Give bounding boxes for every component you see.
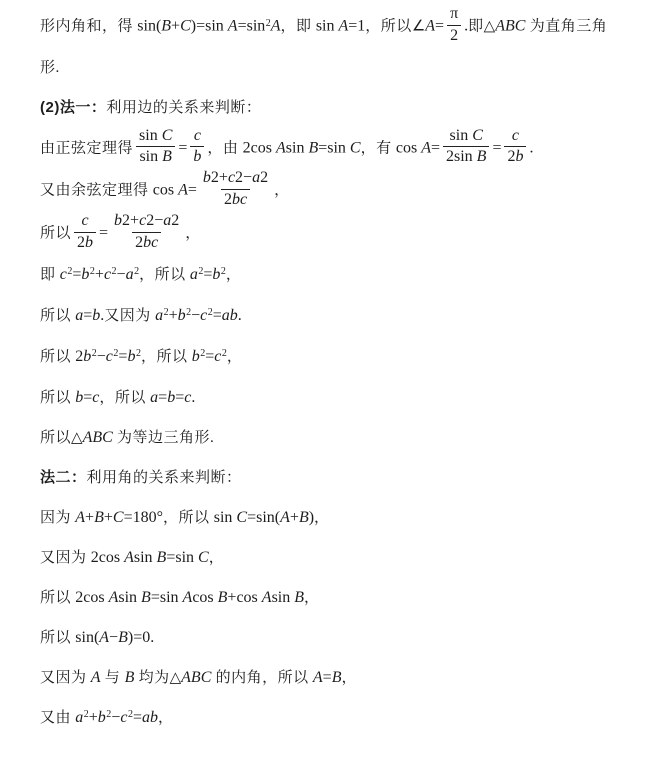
line-sin-a-minus-b: 所以 sin(A−B)=0. <box>40 618 623 658</box>
fraction-numerator: c <box>78 211 91 232</box>
math-roman: =sin <box>238 18 266 35</box>
math-italic: c <box>104 266 111 283</box>
math-roman: − <box>117 266 126 283</box>
math-roman: 2 <box>224 191 232 208</box>
math-roman: =sin <box>318 139 350 156</box>
cjk-text: 形. <box>40 60 60 76</box>
cjk-text: 为直角三角 <box>525 19 607 35</box>
line-sine-rule: 由正弦定理得sin Csin B=cb，由 2cos Asin B=sin C，… <box>40 128 623 171</box>
math-italic: ABC <box>83 429 113 446</box>
math-italic: b <box>515 148 523 165</box>
cjk-text: ， <box>226 267 242 283</box>
math-italic: A <box>338 18 348 35</box>
math-italic: c <box>106 348 113 365</box>
math-italic: a <box>75 709 83 726</box>
math-italic: A <box>228 18 238 35</box>
math-roman: = <box>431 139 440 156</box>
line-equate-fractions: 所以c2b=b2+c2−a22bc， <box>40 213 623 256</box>
math-italic: c <box>200 307 207 324</box>
line-2b2-minus-c2: 所以 2b2−c2=b2，所以 b2=c2， <box>40 337 623 378</box>
math-roman: + <box>95 266 104 283</box>
math-superscript: 2 <box>221 266 226 277</box>
math-roman: = <box>83 389 92 406</box>
cjk-text: ，所以 <box>163 510 214 526</box>
math-italic: b <box>178 307 186 324</box>
math-symbol: △ <box>71 428 83 446</box>
cjk-text: ， <box>304 590 320 606</box>
cjk-text: 所以 <box>40 226 71 242</box>
cjk-text: 形内角和，得 <box>40 19 137 35</box>
math-roman: = <box>99 225 108 242</box>
math-italic: B <box>125 669 135 686</box>
fraction-denominator: 2b <box>74 232 96 254</box>
math-italic: A <box>124 549 134 566</box>
math-roman: . <box>191 389 195 406</box>
math-roman: 2cos <box>243 139 276 156</box>
math-roman: 2 <box>260 169 268 186</box>
math-italic: b <box>98 709 106 726</box>
cjk-text: 均为 <box>134 670 169 686</box>
math-roman: . <box>238 307 242 324</box>
document-page: 形内角和，得 sin(B+C)=sin A=sin2A，即 sin A=1，所以… <box>0 0 647 779</box>
line-c2-equals: 即 c2=b2+c2−a2，所以 a2=b2， <box>40 255 623 296</box>
math-italic: B <box>294 589 304 606</box>
math-roman: = <box>188 182 197 199</box>
line-wrap-xing: 形. <box>40 49 623 88</box>
fraction-denominator: 2 <box>447 25 461 47</box>
math-symbol: △ <box>170 668 182 686</box>
cjk-text: 所以 <box>40 430 71 446</box>
line-again-cosine: 又由 a2+b2−c2=ab， <box>40 698 623 739</box>
math-roman: 2sin <box>446 148 477 165</box>
math-roman: =sin( <box>247 509 280 526</box>
math-italic: A <box>425 18 435 35</box>
math-fraction: b2+c2−a22bc <box>200 168 271 211</box>
cjk-text: 所以 <box>40 308 75 324</box>
math-fraction: c2b <box>504 126 526 169</box>
math-superscript: 2 <box>186 307 191 318</box>
cjk-text: 为等边三角形. <box>113 430 215 446</box>
math-superscript: 2 <box>106 709 111 720</box>
line-b-equals-c: 所以 b=c，所以 a=b=c. <box>40 378 623 418</box>
math-roman: = <box>158 389 167 406</box>
math-italic: C <box>198 549 209 566</box>
math-roman: 2 <box>507 148 515 165</box>
fraction-numerator: π <box>447 4 461 25</box>
math-italic: C <box>472 127 483 144</box>
math-italic: A <box>276 139 286 156</box>
math-fraction: b2+c2−a22bc <box>111 211 182 254</box>
math-roman: sin <box>272 589 295 606</box>
fraction-denominator: 2bc <box>221 189 250 211</box>
math-italic: c <box>214 348 221 365</box>
math-roman: − <box>97 348 106 365</box>
fraction-denominator: 2b <box>504 146 526 168</box>
math-superscript: 2 <box>198 266 203 277</box>
math-italic: c <box>120 709 127 726</box>
math-symbol: △ <box>484 17 496 35</box>
math-roman: + <box>89 709 98 726</box>
math-roman: = <box>435 18 444 35</box>
math-italic: A <box>313 669 323 686</box>
math-italic: ab <box>222 307 238 324</box>
cjk-text: ， <box>341 670 357 686</box>
cjk-text: 利用角的关系来判断： <box>87 470 242 486</box>
math-roman: = <box>492 139 501 156</box>
cjk-text: ，所以 <box>365 19 412 35</box>
fraction-numerator: c <box>509 126 522 147</box>
math-roman: π <box>450 5 458 22</box>
cjk-text: ，所以 <box>139 267 190 283</box>
math-roman: + <box>169 307 178 324</box>
math-roman: sin <box>450 127 473 144</box>
math-roman: sin <box>316 18 339 35</box>
math-fraction: c2b <box>74 211 96 254</box>
math-italic: A <box>99 629 109 646</box>
cjk-text-bold: (2)法一： <box>40 99 106 116</box>
math-fraction: sin C2sin B <box>443 126 489 169</box>
math-roman: 2− <box>235 169 252 186</box>
math-superscript: 2 <box>164 307 169 318</box>
math-fraction: π2 <box>447 4 461 47</box>
line-equilateral-conclusion: 所以△ABC 为等边三角形. <box>40 418 623 458</box>
math-italic: b <box>203 169 211 186</box>
math-italic: b <box>212 266 220 283</box>
math-roman: + <box>171 18 180 35</box>
math-roman: 2cos <box>91 549 124 566</box>
cjk-text: ，所以 <box>141 349 192 365</box>
math-roman: )=sin <box>191 18 228 35</box>
line-angle-sum: 因为 A+B+C=180°，所以 sin C=sin(A+B)， <box>40 498 623 538</box>
fraction-numerator: b2+c2−a2 <box>200 168 271 189</box>
math-roman: − <box>109 629 118 646</box>
math-superscript: 2 <box>208 307 213 318</box>
math-italic: C <box>162 127 173 144</box>
cjk-text: 因为 <box>40 510 75 526</box>
math-roman: = <box>213 307 222 324</box>
math-superscript: 2 <box>90 266 95 277</box>
fraction-denominator: 2sin B <box>443 146 489 168</box>
cjk-text: ， <box>227 349 243 365</box>
cjk-text: 所以 <box>40 630 75 646</box>
math-roman: sin <box>139 127 162 144</box>
math-roman: + <box>104 509 113 526</box>
cjk-text: ， <box>158 710 174 726</box>
math-italic: C <box>350 139 361 156</box>
math-superscript: 2 <box>266 18 271 29</box>
math-superscript: 2 <box>128 709 133 720</box>
math-italic: A <box>75 509 85 526</box>
cjk-text: 与 <box>101 670 125 686</box>
math-superscript: 2 <box>113 348 118 359</box>
math-roman: cos <box>396 139 421 156</box>
cjk-text: 即 <box>468 19 484 35</box>
cjk-text: 利用边的关系来判断： <box>106 100 261 116</box>
math-italic: b <box>81 266 89 283</box>
math-italic: b <box>192 348 200 365</box>
math-roman: cos <box>192 589 217 606</box>
math-roman: = <box>175 389 184 406</box>
math-roman: +cos <box>227 589 261 606</box>
math-italic: bc <box>143 234 158 251</box>
line-interior-angles: 又因为 A 与 B 均为△ABC 的内角，所以 A=B， <box>40 658 623 698</box>
math-italic: bc <box>232 191 247 208</box>
math-roman: sin( <box>137 18 161 35</box>
math-roman: =sin <box>166 549 198 566</box>
fraction-numerator: sin C <box>447 126 486 147</box>
math-roman: =1 <box>348 18 365 35</box>
cjk-text-bold: 法二： <box>40 469 87 486</box>
cjk-text: 即 <box>40 267 60 283</box>
math-italic: A <box>183 589 193 606</box>
math-italic: b <box>127 348 135 365</box>
math-italic: A <box>280 509 290 526</box>
math-italic: B <box>161 18 171 35</box>
math-italic: a <box>155 307 163 324</box>
math-italic: B <box>308 139 318 156</box>
line-cosine-rule: 又由余弦定理得 cos A=b2+c2−a22bc， <box>40 170 623 213</box>
cjk-text: 所以 <box>40 590 75 606</box>
cjk-text: 的内角，所以 <box>211 670 313 686</box>
math-superscript: 2 <box>92 348 97 359</box>
math-italic: A <box>421 139 431 156</box>
line-conclusion-right-triangle: 形内角和，得 sin(B+C)=sin A=sin2A，即 sin A=1，所以… <box>40 6 623 49</box>
math-italic: A <box>91 669 101 686</box>
math-roman: =180° <box>124 509 163 526</box>
math-roman: = <box>83 307 92 324</box>
cjk-text: ， <box>274 183 290 199</box>
math-italic: b <box>114 212 122 229</box>
cjk-text: 又因为 <box>40 670 91 686</box>
math-roman: = <box>323 669 332 686</box>
math-roman: 2cos <box>75 589 108 606</box>
math-superscript: 2 <box>84 709 89 720</box>
math-italic: b <box>193 148 201 165</box>
math-italic: a <box>163 212 171 229</box>
math-italic: b <box>167 389 175 406</box>
math-roman: sin <box>118 589 141 606</box>
math-italic: ab <box>142 709 158 726</box>
math-roman: sin( <box>75 629 99 646</box>
math-italic: b <box>83 348 91 365</box>
math-roman: 2− <box>146 212 163 229</box>
math-italic: B <box>141 589 151 606</box>
cjk-text: 又因为 <box>40 550 91 566</box>
math-roman: = <box>205 348 214 365</box>
math-roman: 2 <box>135 234 143 251</box>
fraction-numerator: b2+c2−a2 <box>111 211 182 232</box>
math-superscript: 2 <box>136 348 141 359</box>
math-roman: 2 <box>450 27 458 44</box>
cjk-text: 又由 <box>40 710 75 726</box>
cjk-text: ， <box>185 226 201 242</box>
math-fraction: cb <box>190 126 204 169</box>
cjk-text: 又由余弦定理得 <box>40 183 153 199</box>
cjk-text: ， <box>314 510 330 526</box>
math-italic: B <box>94 509 104 526</box>
math-italic: a <box>252 169 260 186</box>
math-italic: B <box>299 509 309 526</box>
math-italic: A <box>178 182 188 199</box>
cjk-text: ，由 <box>207 140 242 156</box>
math-italic: c <box>60 266 67 283</box>
line-a-equals-b: 所以 a=b.又因为 a2+b2−c2=ab. <box>40 296 623 337</box>
math-roman: cos <box>153 182 178 199</box>
math-roman: 2+ <box>122 212 139 229</box>
cjk-text: 又因为 <box>104 308 155 324</box>
fraction-denominator: 2bc <box>132 232 161 254</box>
math-superscript: 2 <box>112 266 117 277</box>
math-superscript: 2 <box>134 266 139 277</box>
math-italic: B <box>218 589 228 606</box>
line-method2-heading: 法二：利用角的关系来判断： <box>40 458 623 498</box>
math-italic: A <box>271 18 281 35</box>
cjk-text: 由正弦定理得 <box>40 140 133 156</box>
cjk-text: 所以 <box>40 390 75 406</box>
math-italic: A <box>109 589 119 606</box>
math-roman: . <box>529 139 533 156</box>
math-italic: A <box>262 589 272 606</box>
math-symbol: ∠ <box>412 17 425 35</box>
math-roman: sin <box>134 549 157 566</box>
math-roman: = <box>178 139 187 156</box>
line-given-condition: 又因为 2cos Asin B=sin C， <box>40 538 623 578</box>
math-italic: B <box>157 549 167 566</box>
math-italic: c <box>81 212 88 229</box>
math-roman: 2 <box>77 234 85 251</box>
cjk-text: 所以 <box>40 349 75 365</box>
math-roman: + <box>85 509 94 526</box>
fraction-denominator: b <box>190 146 204 168</box>
cjk-text: ， <box>209 550 225 566</box>
math-italic: ABC <box>181 669 211 686</box>
line-expansion: 所以 2cos Asin B=sin Acos B+cos Asin B， <box>40 578 623 618</box>
math-roman: − <box>191 307 200 324</box>
math-roman: sin <box>286 139 309 156</box>
math-italic: C <box>236 509 247 526</box>
line-method1-heading: (2)法一：利用边的关系来判断： <box>40 88 623 128</box>
fraction-numerator: c <box>191 126 204 147</box>
math-italic: b <box>85 234 93 251</box>
math-roman: )=0. <box>128 629 154 646</box>
math-italic: a <box>150 389 158 406</box>
math-italic: c <box>194 127 201 144</box>
math-roman: + <box>290 509 299 526</box>
math-roman: = <box>133 709 142 726</box>
math-roman: − <box>111 709 120 726</box>
fraction-numerator: sin C <box>136 126 175 147</box>
math-roman: 2+ <box>211 169 228 186</box>
math-superscript: 2 <box>67 266 72 277</box>
math-italic: C <box>113 509 124 526</box>
math-italic: C <box>180 18 191 35</box>
math-italic: B <box>477 148 487 165</box>
math-italic: a <box>126 266 134 283</box>
math-roman: =sin <box>151 589 183 606</box>
math-roman: sin <box>139 148 162 165</box>
math-italic: c <box>512 127 519 144</box>
math-roman: sin <box>214 509 237 526</box>
math-superscript: 2 <box>200 348 205 359</box>
math-italic: B <box>162 148 172 165</box>
math-italic: B <box>118 629 128 646</box>
cjk-text: ，有 <box>361 140 396 156</box>
math-superscript: 2 <box>222 348 227 359</box>
math-roman: 2 <box>171 212 179 229</box>
math-italic: a <box>190 266 198 283</box>
cjk-text: ，所以 <box>99 390 150 406</box>
math-italic: ABC <box>495 18 525 35</box>
cjk-text: ，即 <box>281 19 316 35</box>
math-fraction: sin Csin B <box>136 126 175 169</box>
fraction-denominator: sin B <box>136 146 174 168</box>
